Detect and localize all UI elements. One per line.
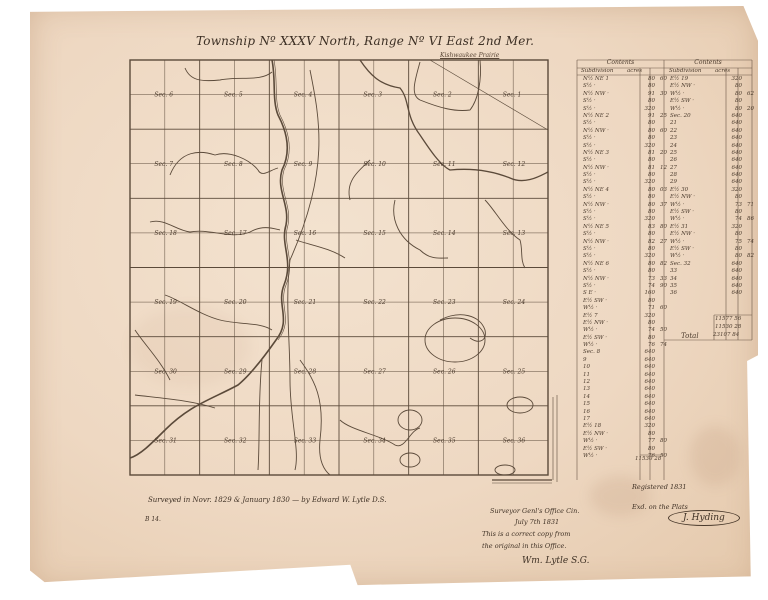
registrar-signature: J. Hyding <box>668 510 740 526</box>
section-label: Sec. 2 <box>433 92 452 99</box>
acres-cell: 640 <box>720 290 742 297</box>
acres-cell: 80 <box>633 135 655 142</box>
acres-cell: 640 <box>633 379 655 386</box>
subdivision-cell: Sec. 32 <box>664 261 720 268</box>
section-label: Sec. 6 <box>154 92 173 99</box>
subdivision-cell: 26 <box>664 157 720 164</box>
section-label: Sec. 22 <box>363 299 386 306</box>
acres-cell: 80 <box>633 83 655 90</box>
subdivision-cell: W½ · <box>664 253 720 260</box>
hundredths-cell <box>655 357 667 364</box>
acres-cell: 80 <box>633 194 655 201</box>
subdivision-cell: E½ SW · <box>577 298 633 305</box>
hundredths-cell: 50 <box>655 327 667 334</box>
subdivision-cell: S½ · <box>577 120 633 127</box>
table-row: S½ ·320 <box>577 253 667 260</box>
acres-cell: 80 <box>720 91 742 98</box>
registered-note: Registered 1831 <box>632 483 687 491</box>
total-label: Total <box>681 332 699 340</box>
hundredths-cell <box>655 335 667 342</box>
section-label: Sec. 34 <box>363 437 386 444</box>
hundredths-cell <box>655 423 667 430</box>
left-total: 11530 28 <box>635 456 661 462</box>
table-row: S½ ·320 <box>577 106 667 113</box>
hundredths-cell <box>742 172 754 179</box>
section-label: Sec. 10 <box>363 161 386 168</box>
section-label: Sec. 7 <box>154 161 173 168</box>
hundredths-cell <box>742 113 754 120</box>
subdivision-cell: 27 <box>664 165 720 172</box>
subdivision-cell: E½ SW · <box>664 98 720 105</box>
acres-cell: 640 <box>720 143 742 150</box>
table-row: 26640 <box>664 157 754 164</box>
acres-cell: 74 <box>633 283 655 290</box>
subdivision-cell: N½ NW · <box>577 165 633 172</box>
table-row: W½ ·7371 <box>664 202 754 209</box>
table-row: N½ NW ·7333 <box>577 276 667 283</box>
section-label: Sec. 26 <box>433 368 456 375</box>
subdivision-cell: S½ · <box>577 179 633 186</box>
examined-note: Exd. on the Plats <box>632 503 688 511</box>
subdivision-cell: 28 <box>664 172 720 179</box>
contents-header-left: Contents <box>577 59 664 66</box>
table-row: W½ ·7574 <box>664 239 754 246</box>
section-label: Sec. 28 <box>294 368 317 375</box>
section-label: Sec. 4 <box>294 92 313 99</box>
table-row: N½ NW ·8037 <box>577 202 667 209</box>
table-row: 21640 <box>664 120 754 127</box>
hundredths-cell <box>742 128 754 135</box>
section-label: Sec. 12 <box>503 161 526 168</box>
table-row: N½ NW ·8227 <box>577 239 667 246</box>
section-label: Sec. 18 <box>154 230 177 237</box>
hundredths-cell: 74 <box>655 342 667 349</box>
section-label: Sec. 33 <box>294 437 317 444</box>
subdivision-cell: S½ · <box>577 83 633 90</box>
subdivision-cell: 34 <box>664 276 720 283</box>
table-row: S E ·160 <box>577 290 667 297</box>
acres-cell: 71 <box>633 305 655 312</box>
acres-cell: 640 <box>633 409 655 416</box>
hundredths-cell <box>742 246 754 253</box>
table-row: W½ ·8020 <box>664 106 754 113</box>
acres-cell: 640 <box>633 357 655 364</box>
table-row: 34640 <box>664 276 754 283</box>
section-label: Sec. 8 <box>224 161 243 168</box>
subdivision-cell: E½ NW · <box>664 83 720 90</box>
subdivision-cell: 33 <box>664 268 720 275</box>
subdivision-cell: S½ · <box>577 143 633 150</box>
contents-header-right: Contents <box>664 59 752 66</box>
certify-line-2: the original in this Office. <box>482 542 566 550</box>
section-label: Sec. 27 <box>363 368 386 375</box>
hundredths-cell <box>655 401 667 408</box>
table-row: 33640 <box>664 268 754 275</box>
subdivision-cell: W½ · <box>577 438 633 445</box>
acres-cell: 640 <box>633 372 655 379</box>
table-row: Sec. 32640 <box>664 261 754 268</box>
hundredths-cell: 86 <box>742 216 754 223</box>
pond-sec-35 <box>398 410 422 430</box>
table-row: Sec. 20640 <box>664 113 754 120</box>
acres-cell: 80 <box>720 194 742 201</box>
acres-cell: 81 <box>633 165 655 172</box>
table-row: E½ SW ·80 <box>577 298 667 305</box>
acres-cell: 320 <box>720 187 742 194</box>
section-label: Sec. 11 <box>433 161 455 168</box>
section-label: Sec. 32 <box>224 437 247 444</box>
col-acres-right: acres <box>715 68 730 74</box>
hundredths-cell <box>742 76 754 83</box>
lake-sec-26 <box>425 318 485 362</box>
hundredths-cell <box>742 120 754 127</box>
acres-cell: 80 <box>720 246 742 253</box>
table-row: E½ SW ·80 <box>577 335 667 342</box>
table-row: Sec. 8640 <box>577 349 667 356</box>
subdivision-cell: S½ · <box>577 231 633 238</box>
table-row: 15640 <box>577 401 667 408</box>
hundredths-cell <box>742 283 754 290</box>
acres-cell: 320 <box>633 423 655 430</box>
acres-cell: 320 <box>720 224 742 231</box>
hundredths-cell: 82 <box>742 253 754 260</box>
acres-cell: 80 <box>633 320 655 327</box>
pond-sec-25 <box>507 397 533 413</box>
total-value: 23107 84 <box>713 332 739 338</box>
table-row: E½ NW ·80 <box>664 231 754 238</box>
hundredths-cell: 74 <box>742 239 754 246</box>
table-row: W½ ·7780 <box>577 438 667 445</box>
subdivision-cell: E½ 7 <box>577 313 633 320</box>
acres-cell: 80 <box>633 120 655 127</box>
section-label: Sec. 5 <box>224 92 243 99</box>
copy-signature: Wm. Lytle S.G. <box>522 556 590 566</box>
river-main <box>130 60 288 458</box>
subdivision-cell: S E · <box>577 290 633 297</box>
acres-cell: 80 <box>633 446 655 453</box>
hundredths-cell <box>742 98 754 105</box>
right-subtotal-1: 11577 56 <box>715 316 741 322</box>
table-row: 22640 <box>664 128 754 135</box>
acres-cell: 80 <box>633 335 655 342</box>
table-row: W½ ·7674 <box>577 342 667 349</box>
subdivision-cell: S½ · <box>577 283 633 290</box>
section-label: Sec. 16 <box>294 230 317 237</box>
table-row: S½ ·80 <box>577 98 667 105</box>
acres-cell: 640 <box>720 120 742 127</box>
section-label: Sec. 23 <box>433 299 456 306</box>
table-row: 24640 <box>664 143 754 150</box>
table-row: 25640 <box>664 150 754 157</box>
subdivision-cell: N½ NW · <box>577 276 633 283</box>
acres-cell: 320 <box>633 179 655 186</box>
section-label: Sec. 25 <box>503 368 526 375</box>
section-label: Sec. 14 <box>433 230 456 237</box>
subdivision-cell: E½ SW · <box>577 335 633 342</box>
section-label: Sec. 20 <box>224 299 247 306</box>
acres-cell: 73 <box>720 202 742 209</box>
subdivision-cell: W½ · <box>577 453 633 460</box>
acres-cell: 82 <box>633 239 655 246</box>
hundredths-cell <box>655 349 667 356</box>
hundredths-cell: 80 <box>655 438 667 445</box>
table-row: 23640 <box>664 135 754 142</box>
acres-cell: 80 <box>633 431 655 438</box>
hundredths-cell <box>742 224 754 231</box>
subdivision-cell: 24 <box>664 143 720 150</box>
subdivision-cell: 12 <box>577 379 633 386</box>
section-label: Sec. 36 <box>503 437 526 444</box>
hundredths-cell <box>655 416 667 423</box>
hundredths-cell <box>655 379 667 386</box>
hundredths-cell <box>655 364 667 371</box>
subdivision-cell: 11 <box>577 372 633 379</box>
subdivision-cell: S½ · <box>577 253 633 260</box>
table-row: S½ ·80 <box>577 231 667 238</box>
col-subdivision-right: Subdivision <box>669 68 701 74</box>
subdivision-cell: S½ · <box>577 106 633 113</box>
subdivision-cell: S½ · <box>577 157 633 164</box>
section-label: Sec. 31 <box>154 437 176 444</box>
hundredths-cell <box>655 386 667 393</box>
acres-cell: 80 <box>720 106 742 113</box>
col-acres-left: acres <box>627 68 642 74</box>
subdivision-cell: 25 <box>664 150 720 157</box>
table-row: S½ ·80 <box>577 83 667 90</box>
acres-cell: 80 <box>633 76 655 83</box>
acres-cell: 640 <box>720 172 742 179</box>
hundredths-cell <box>742 165 754 172</box>
table-row: 35640 <box>664 283 754 290</box>
table-row: S½ ·80 <box>577 194 667 201</box>
acres-cell: 80 <box>633 128 655 135</box>
subdivision-cell: E½ NW · <box>664 194 720 201</box>
hundredths-cell: 20 <box>742 106 754 113</box>
acres-cell: 80 <box>720 253 742 260</box>
acres-cell: 640 <box>720 276 742 283</box>
table-row: 13640 <box>577 386 667 393</box>
subdivision-cell: 29 <box>664 179 720 186</box>
table-row: 14640 <box>577 394 667 401</box>
section-label: Sec. 3 <box>363 92 382 99</box>
table-row: 36640 <box>664 290 754 297</box>
hundredths-cell <box>655 372 667 379</box>
acres-cell: 320 <box>633 143 655 150</box>
table-row: 10640 <box>577 364 667 371</box>
hundredths-cell <box>742 261 754 268</box>
acres-cell: 80 <box>633 298 655 305</box>
hundredths-cell <box>655 446 667 453</box>
acres-cell: 640 <box>720 283 742 290</box>
table-row: 12640 <box>577 379 667 386</box>
subdivision-cell: W½ · <box>664 216 720 223</box>
subdivision-cell: 36 <box>664 290 720 297</box>
contents-right-column: E½ 19320E½ NW ·80W½ ·8062E½ SW ·80W½ ·80… <box>664 76 754 298</box>
table-row: 16640 <box>577 409 667 416</box>
acres-cell: 640 <box>720 261 742 268</box>
subdivision-cell: S½ · <box>577 216 633 223</box>
table-row: S½ ·80 <box>577 157 667 164</box>
table-row: W½ ·7486 <box>664 216 754 223</box>
right-subtotal-2: 11530 28 <box>715 324 741 330</box>
subdivision-cell: N½ NW · <box>577 239 633 246</box>
hundredths-cell <box>742 268 754 275</box>
section-label: Sec. 13 <box>503 230 526 237</box>
acres-cell: 320 <box>720 76 742 83</box>
hundredths-cell: 60 <box>655 305 667 312</box>
hundredths-cell <box>742 231 754 238</box>
hundredths-cell <box>742 290 754 297</box>
section-label: Sec. 30 <box>154 368 177 375</box>
acres-cell: 80 <box>720 98 742 105</box>
table-row: 9640 <box>577 357 667 364</box>
section-label: Sec. 9 <box>294 161 313 168</box>
subdivision-cell: E½ NW · <box>664 231 720 238</box>
subdivision-cell: W½ · <box>577 342 633 349</box>
section-label: Sec. 24 <box>503 299 526 306</box>
acres-cell: 640 <box>720 135 742 142</box>
acres-cell: 80 <box>633 209 655 216</box>
table-row: 28640 <box>664 172 754 179</box>
table-row: E½ 18320 <box>577 423 667 430</box>
subdivision-cell: S½ · <box>577 135 633 142</box>
subdivision-cell: W½ · <box>577 305 633 312</box>
office-note: Surveyor Genl's Office Cin. <box>490 507 579 515</box>
acres-cell: 80 <box>633 261 655 268</box>
table-row: 11640 <box>577 372 667 379</box>
acres-cell: 640 <box>720 128 742 135</box>
acres-cell: 74 <box>720 216 742 223</box>
acres-cell: 80 <box>720 83 742 90</box>
section-label: Sec. 21 <box>294 299 316 306</box>
subdivision-cell: 23 <box>664 135 720 142</box>
subdivision-cell: W½ · <box>664 239 720 246</box>
subdivision-cell: 14 <box>577 394 633 401</box>
table-row: S½ ·7490 <box>577 283 667 290</box>
acres-cell: 640 <box>633 416 655 423</box>
hundredths-cell: 71 <box>742 202 754 209</box>
subdivision-cell: N½ NW · <box>577 202 633 209</box>
acres-cell: 80 <box>720 231 742 238</box>
acres-cell: 77 <box>633 438 655 445</box>
acres-cell: 640 <box>720 179 742 186</box>
table-row: W½ ·8082 <box>664 253 754 260</box>
hundredths-cell <box>655 298 667 305</box>
table-row: W½ ·7160 <box>577 305 667 312</box>
table-row: E½ 7320 <box>577 313 667 320</box>
acres-cell: 640 <box>720 165 742 172</box>
reference-number: B 14. <box>145 516 161 523</box>
hundredths-cell <box>742 83 754 90</box>
hundredths-cell <box>742 209 754 216</box>
table-row: E½ NW ·80 <box>664 194 754 201</box>
table-row: E½ SW ·80 <box>664 98 754 105</box>
section-label: Sec. 17 <box>224 230 247 237</box>
acres-cell: 76 <box>633 342 655 349</box>
subdivision-cell: 35 <box>664 283 720 290</box>
acres-cell: 640 <box>720 268 742 275</box>
table-row: E½ SW ·80 <box>577 446 667 453</box>
subdivision-cell: E½ SW · <box>577 446 633 453</box>
hundredths-cell <box>742 179 754 186</box>
section-label: Sec. 35 <box>433 437 456 444</box>
table-row: N½ NW ·8112 <box>577 165 667 172</box>
subdivision-cell: 22 <box>664 128 720 135</box>
acres-cell: 73 <box>633 276 655 283</box>
surveyed-note: Surveyed in Novr. 1829 & January 1830 — … <box>148 496 386 504</box>
acres-cell: 74 <box>633 327 655 334</box>
subdivision-cell: Sec. 20 <box>664 113 720 120</box>
hundredths-cell <box>742 150 754 157</box>
table-row: 29640 <box>664 179 754 186</box>
contents-left-column: N½ NE 18060S½ ·80N½ NW ·9130S½ ·80S½ ·32… <box>577 76 667 460</box>
table-row: 27640 <box>664 165 754 172</box>
subdivision-cell: S½ · <box>577 98 633 105</box>
acres-cell: 320 <box>633 216 655 223</box>
table-row: W½ ·7450 <box>577 327 667 334</box>
subdivision-cell: W½ · <box>664 202 720 209</box>
acres-cell: 80 <box>633 231 655 238</box>
acres-cell: 75 <box>720 239 742 246</box>
hundredths-cell <box>742 135 754 142</box>
hundredths-cell <box>655 320 667 327</box>
acres-cell: 640 <box>720 113 742 120</box>
subdivision-cell: E½ 18 <box>577 423 633 430</box>
table-row: S½ ·320 <box>577 216 667 223</box>
subdivision-cell: S½ · <box>577 194 633 201</box>
acres-cell: 80 <box>633 98 655 105</box>
subdivision-cell: S½ · <box>577 268 633 275</box>
subdivision-cell: 21 <box>664 120 720 127</box>
col-subdivision-left: Subdivision <box>581 68 613 74</box>
section-label: Sec. 1 <box>503 92 522 99</box>
acres-cell: 320 <box>633 106 655 113</box>
hundredths-cell: 62 <box>742 91 754 98</box>
acres-cell: 80 <box>633 202 655 209</box>
hundredths-cell <box>655 431 667 438</box>
acres-cell: 80 <box>633 268 655 275</box>
acres-cell: 640 <box>633 349 655 356</box>
acres-cell: 320 <box>633 313 655 320</box>
acres-cell: 160 <box>633 290 655 297</box>
acres-cell: 640 <box>633 394 655 401</box>
acres-cell: 80 <box>633 172 655 179</box>
table-row: S½ ·80 <box>577 135 667 142</box>
office-date: July 7th 1831 <box>515 518 559 526</box>
hundredths-cell <box>742 187 754 194</box>
table-row: E½ NW ·80 <box>664 83 754 90</box>
hundredths-cell <box>742 157 754 164</box>
acres-cell: 640 <box>633 386 655 393</box>
section-label: Sec. 15 <box>363 230 386 237</box>
acres-cell: 640 <box>633 364 655 371</box>
table-row: S½ ·80 <box>577 120 667 127</box>
acres-cell: 91 <box>633 113 655 120</box>
acres-cell: 81 <box>633 150 655 157</box>
acres-cell: 80 <box>720 209 742 216</box>
acres-cell: 640 <box>633 401 655 408</box>
section-label: Sec. 19 <box>154 299 177 306</box>
table-row: S½ ·320 <box>577 143 667 150</box>
acres-cell: 640 <box>720 157 742 164</box>
hundredths-cell <box>655 313 667 320</box>
subdivision-cell: 15 <box>577 401 633 408</box>
acres-cell: 83 <box>633 224 655 231</box>
acres-cell: 320 <box>633 253 655 260</box>
subdivision-cell: 13 <box>577 386 633 393</box>
subdivision-cell: W½ · <box>664 106 720 113</box>
subdivision-cell: 16 <box>577 409 633 416</box>
